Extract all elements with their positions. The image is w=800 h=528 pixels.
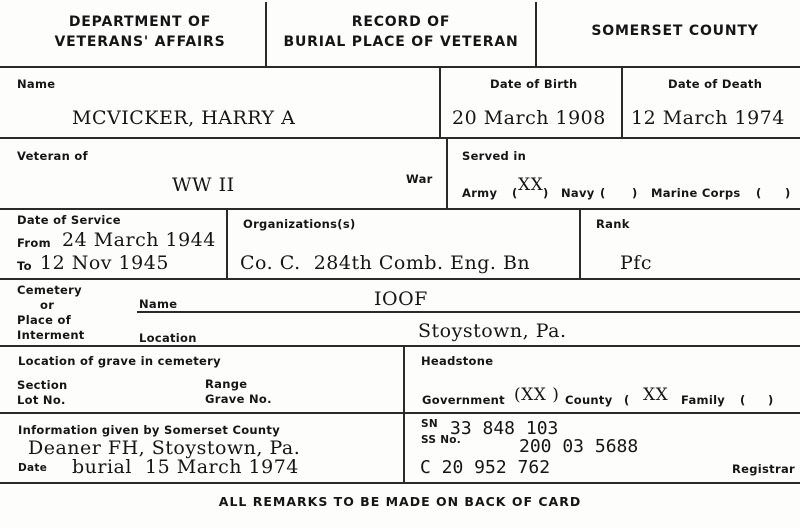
divider (0, 412, 800, 414)
organizations-label: Organizations(s) (243, 217, 356, 231)
army-value: XX (518, 175, 543, 195)
grave-no-label: Grave No. (205, 392, 272, 406)
header-divider (265, 2, 267, 66)
marine-label: Marine Corps (651, 186, 741, 200)
divider (439, 68, 441, 138)
divider (446, 139, 448, 208)
header-divider (535, 2, 537, 66)
army-label: Army (462, 186, 497, 200)
divider (0, 345, 800, 347)
family-close: ) (768, 393, 774, 407)
service-label: Date of Service (17, 213, 121, 227)
dept-line1: DEPARTMENT OF (20, 12, 260, 32)
divider (403, 414, 405, 482)
divider (579, 210, 581, 278)
grave-location-label: Location of grave in cemetery (18, 354, 221, 368)
county-open: ( (624, 393, 630, 407)
ss-value: 200 03 5688 (519, 436, 638, 457)
divider (403, 347, 405, 412)
army-close: ) (543, 186, 549, 200)
government-label: Government (422, 393, 505, 407)
divider (226, 210, 228, 278)
family-label: Family (681, 393, 725, 407)
underline (137, 311, 800, 313)
divider (0, 137, 800, 139)
cemetery-label-2: or (40, 298, 54, 312)
rank-value: Pfc (620, 252, 652, 274)
section-label: Section (17, 378, 68, 392)
from-value: 24 March 1944 (62, 229, 216, 251)
cemetery-location-label: Location (139, 331, 197, 345)
county-value: XX (643, 385, 668, 405)
county-title: SOMERSET COUNTY (560, 21, 790, 41)
county-label: County (565, 393, 613, 407)
sn-label: SN (421, 418, 438, 430)
birth-value: 20 March 1908 (452, 107, 606, 129)
cemetery-location-value: Stoystown, Pa. (418, 320, 567, 342)
from-label: From (17, 236, 51, 250)
navy-open: ( (600, 186, 606, 200)
cemetery-label-4: Interment (17, 328, 85, 342)
dept-line2: VETERANS' AFFAIRS (20, 32, 260, 52)
divider (0, 482, 800, 484)
record-line2: BURIAL PLACE OF VETERAN (270, 32, 532, 52)
served-in-label: Served in (462, 149, 526, 163)
marine-close: ) (785, 186, 791, 200)
name-value: MCVICKER, HARRY A (72, 107, 295, 129)
cemetery-label-1: Cemetery (17, 283, 82, 297)
department-title: DEPARTMENT OF VETERANS' AFFAIRS (20, 12, 260, 52)
info-label: Information given by Somerset County (18, 423, 280, 437)
divider (0, 278, 800, 280)
cemetery-name-label: Name (139, 297, 177, 311)
record-title: RECORD OF BURIAL PLACE OF VETERAN (270, 12, 532, 52)
birth-label: Date of Birth (490, 77, 577, 91)
divider (0, 66, 800, 68)
divider (621, 68, 623, 138)
government-value: (XX ) (514, 385, 559, 405)
marine-open: ( (756, 186, 762, 200)
date-value: burial 15 March 1974 (72, 456, 299, 478)
divider (0, 208, 800, 210)
cemetery-name-value: IOOF (374, 288, 428, 310)
to-label: To (17, 259, 32, 273)
death-value: 12 March 1974 (631, 107, 785, 129)
date-label: Date (18, 462, 47, 474)
name-label: Name (17, 77, 55, 91)
range-label: Range (205, 377, 247, 391)
family-open: ( (740, 393, 746, 407)
navy-label: Navy (561, 186, 595, 200)
death-label: Date of Death (668, 77, 762, 91)
organizations-value: Co. C. 284th Comb. Eng. Bn (240, 252, 530, 274)
ss-label: SS No. (421, 434, 461, 446)
to-value: 12 Nov 1945 (40, 252, 169, 274)
cemetery-label-3: Place of (17, 313, 71, 327)
veteran-of-value: WW II (172, 174, 235, 196)
headstone-label: Headstone (421, 354, 493, 368)
army-open: ( (512, 186, 518, 200)
lot-label: Lot No. (17, 393, 66, 407)
record-line1: RECORD OF (270, 12, 532, 32)
remarks-note: ALL REMARKS TO BE MADE ON BACK OF CARD (0, 494, 800, 509)
rank-label: Rank (596, 217, 630, 231)
c-number-value: C 20 952 762 (420, 457, 550, 478)
registrar-label: Registrar (732, 462, 795, 476)
war-label: War (406, 172, 433, 186)
navy-close: ) (632, 186, 638, 200)
veteran-of-label: Veteran of (17, 149, 88, 163)
